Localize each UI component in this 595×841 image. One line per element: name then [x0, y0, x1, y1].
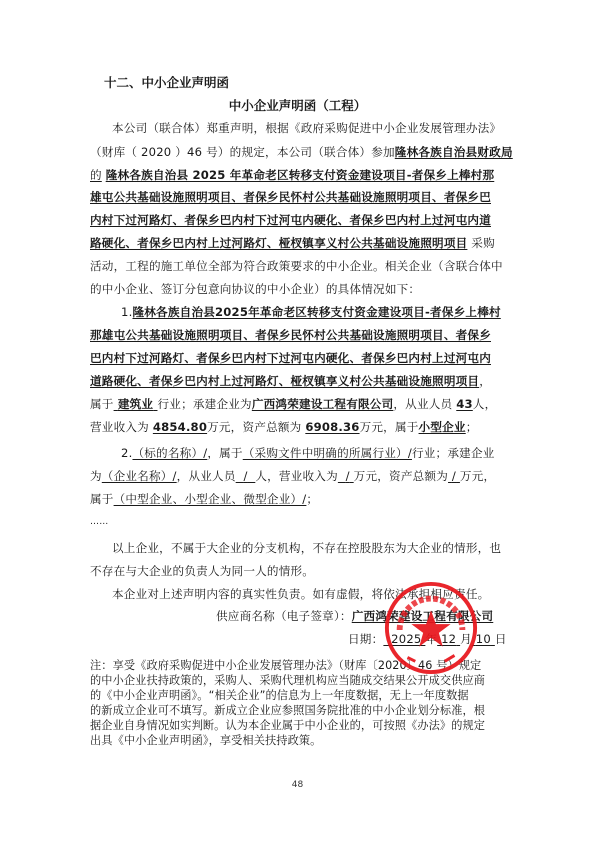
section-title: 十二、中小企业声明函: [104, 73, 229, 91]
text-line: 1.隆林各族自治县2025年革命老区转移支付资金建设项目-者保乡上棒村: [121, 304, 536, 320]
text-line: 本公司（联合体）郑重声明，根据《政府采购促进中小企业发展管理办法》: [112, 120, 527, 136]
text-line: 巴内村下过河路灯、者保乡巴内村下过河屯内硬化、者保乡巴内村上过河屯内: [90, 350, 505, 366]
note-line: 的新成立企业可不填写。新成立企业应参照国务院批准的中小企业划分标准，根: [90, 703, 505, 718]
revenue-value: 4854.80: [153, 420, 207, 434]
company-value: 广西鸿荣建设工程有限公司: [252, 397, 394, 411]
text-line: 不存在与大企业的负责人为同一人的情形。: [90, 563, 505, 579]
ellipsis: ……: [90, 514, 505, 530]
industry-value: 建筑业: [114, 397, 158, 411]
text-line: 营业收入为 4854.80万元，资产总额为 6908.36万元，属于小型企业；: [90, 419, 505, 435]
text-line: 内村下过河路灯、者保乡巴内村下过河屯内硬化、者保乡巴内村上过河屯内道: [90, 212, 505, 228]
text-line: 那雄屯公共基础设施照明项目、者保乡民怀村公共基础设施照明项目、者保乡: [90, 327, 505, 343]
signature-line: 供应商名称（电子签章）：广西鸿荣建设工程有限公司: [216, 608, 506, 624]
staff-value: 43: [456, 397, 473, 411]
note-line: 的《中小企业声明函》。“相关企业”的信息为上一年度数据，无上一年度数据: [90, 688, 505, 703]
text-line: （财库（ 2020 ）46 号）的规定，本公司（联合体）参加隆林各族自治县财政局: [90, 144, 505, 160]
text-line: 的中小企业、签订分包意向协议的中小企业）的具体情况如下：: [90, 281, 505, 297]
text-line: 属于 建筑业 行业；承建企业为广西鸿荣建设工程有限公司，从业人员 43人，: [90, 396, 505, 412]
purchaser-name: 隆林各族自治县财政局: [395, 145, 513, 159]
supplier-name: 广西鸿荣建设工程有限公司: [352, 609, 494, 623]
text-line: 路硬化、者保乡巴内村上过河路灯、桠杈镇享义村公共基础设施照明项目 采购: [90, 235, 505, 251]
text-line: 的 隆林各族自治县 2025 年革命老区转移支付资金建设项目-者保乡上棒村那: [90, 167, 505, 183]
note-line: 注：享受《政府采购促进中小企业发展管理办法》（财库〔2020〕46 号）规定: [90, 658, 505, 673]
text-line: 本企业对上述声明内容的真实性负责。如有虚假，将依法承担相应责任。: [112, 586, 527, 602]
text-line: 雄屯公共基础设施照明项目、者保乡民怀村公共基础设施照明项目、者保乡巴: [90, 189, 505, 205]
text-line: 道路硬化、者保乡巴内村上过河路灯、桠杈镇享义村公共基础设施照明项目，: [90, 373, 505, 389]
document-title: 中小企业声明函（工程）: [0, 96, 595, 114]
note-line: 据企业自身情况如实判断。认为本企业属于中小企业的，可按照《办法》的规定: [90, 718, 505, 733]
page-number: 48: [0, 780, 595, 790]
assets-value: 6908.36: [305, 420, 359, 434]
text-line: 属于（中型企业、小型企业、微型企业）/；: [90, 491, 505, 507]
text-line: 以上企业，不属于大企业的分支机构，不存在控股股东为大企业的情形，也: [112, 540, 527, 556]
document-page: 十二、中小企业声明函 中小企业声明函（工程） 本公司（联合体）郑重声明，根据《政…: [0, 0, 595, 841]
note-line: 出具《中小企业声明函》，享受相关扶持政策。: [90, 733, 505, 748]
date-line: 日期： 2025 年 12 月 10 日: [348, 631, 508, 647]
text-line: 2.（标的名称）/，属于（采购文件中明确的所属行业）/行业；承建企业: [121, 445, 536, 461]
size-value: 小型企业: [419, 420, 466, 434]
note-line: 的中小企业扶持政策的，采购人、采购代理机构应当随成交结果公开成交供应商: [90, 673, 505, 688]
text-line: 为（企业名称）/，从业人员 / 人，营业收入为 / 万元，资产总额为 / 万元，: [90, 468, 505, 484]
project-name: 隆林各族自治县 2025 年革命老区转移支付资金建设项目-者保乡上棒村那: [106, 168, 495, 182]
text-line: 活动，工程的施工单位全部为符合政策要求的中小企业。相关企业（含联合体中: [90, 258, 505, 274]
